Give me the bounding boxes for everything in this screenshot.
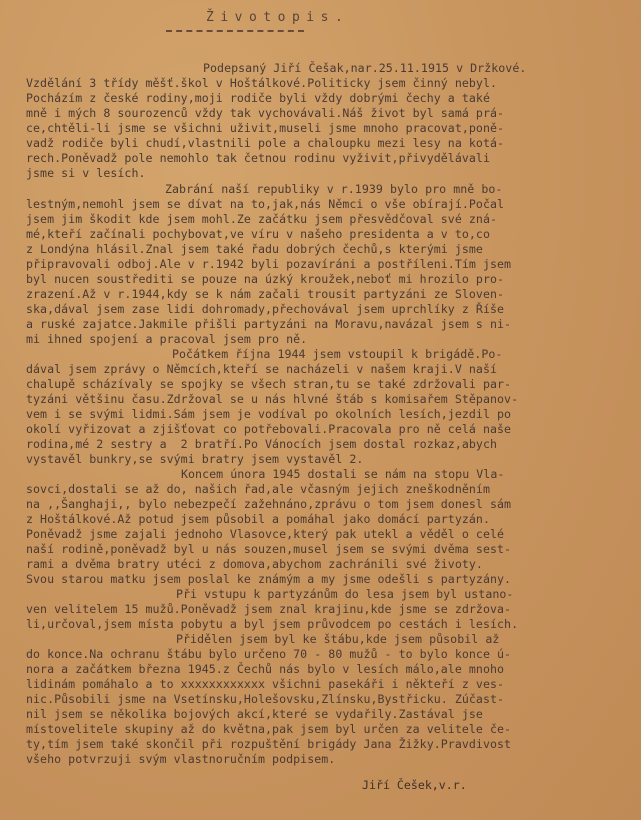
text-line: Poněvadž jsme zajali jednoho Vlasovce,kt… — [26, 527, 504, 541]
text-line: Podepsaný Jiří Češak,nar.25.11.1915 v Dr… — [203, 61, 526, 75]
text-line: rech.Poněvadž pole nemohlo tak četnou ro… — [26, 151, 490, 165]
text-line: rami a dvěma bratry utéci z domova,abych… — [26, 557, 483, 571]
text-line: zrazení.Až v r.1944,kdy se k nám začali … — [26, 287, 504, 301]
text-line: li,určoval,jsem místa pobytu a byl jsem … — [26, 617, 518, 631]
signature: Jiří Češek,v.r. — [362, 778, 467, 792]
text-line: ty,tím jsem také skončil při rozpuštění … — [26, 737, 511, 751]
text-line: ska,dával jsem zase lidi dohromady,přech… — [26, 302, 504, 316]
title-underline — [166, 30, 304, 32]
text-line: nic.Působili jsme na Vsetínsku,Holešovsk… — [26, 692, 504, 706]
text-line: ce,chtěli-li jsme se všichni uživit,muse… — [26, 121, 504, 135]
text-line: okolí vyřizovat a zjišťovat co potřebova… — [26, 422, 511, 436]
text-line: Počátkem října 1944 jsem vstoupil k brig… — [172, 347, 502, 361]
text-line: rodina,mé 2 sestry a 2 bratří.Po Vánocíc… — [26, 437, 497, 451]
text-line: tyzáni většinu času.Zdržoval se u nás hl… — [26, 392, 518, 406]
text-line: mi ihned spojení a pracoval jsem pro ně. — [26, 332, 307, 346]
text-line: chalupě scházívaly se spojky se všech st… — [26, 377, 511, 391]
text-line: jsem jim škodit kde jsem mohl.Ze začátku… — [26, 212, 497, 226]
text-line: Pocházím z české rodiny,moji rodiče byli… — [26, 91, 490, 105]
document-title: Životopis. — [206, 10, 349, 25]
text-line: mé,kteří začínali pochybovat,ve víru v n… — [26, 227, 490, 241]
text-line: sovci,dostali se až do, našich řad,ale v… — [26, 482, 490, 496]
text-line: a ruské zajatce.Jakmile přišli partyzáni… — [26, 317, 511, 331]
text-line: nora a začátkem března 1945.z Čechů nás … — [26, 662, 504, 676]
text-line: naší rodině,poněvadž byl u nás souzen,mu… — [26, 542, 511, 556]
text-line: místovelitele skupiny až do května,pak j… — [26, 722, 511, 736]
text-line: byl nucen soustřediti se pouze na úzký k… — [26, 272, 504, 286]
text-line: do konce.Na ochranu štábu bylo určeno 70… — [26, 647, 511, 661]
text-line: vystavěl bunkry,se svými bratry jsem vys… — [26, 452, 363, 466]
text-line: Svou starou matku jsem poslal ke známým … — [26, 572, 511, 586]
text-line: z Londýna hlásil.Znal jsem také řadu dob… — [26, 242, 483, 256]
text-line: z Hoštálkové.Až potud jsem působil a pom… — [26, 512, 490, 526]
text-line: lidinám pomáhalo a to xxxxxxxxxxxx všich… — [26, 677, 504, 691]
text-line: Vzdělání 3 třídy měšť.škol v Hoštálkové.… — [26, 76, 497, 90]
text-line: Při vstupu k partyzánům do lesa jsem byl… — [176, 587, 513, 601]
text-line: všeho potvrzuji svým vlastnoručním podpi… — [26, 752, 335, 766]
text-line: ven velitelem 15 mužů.Poněvadž jsem znal… — [26, 602, 511, 616]
text-line: Zabrání naší republiky v r.1939 bylo pro… — [165, 182, 502, 196]
text-line: Přidělen jsem byl ke štábu,kde jsem půso… — [176, 632, 499, 646]
text-line: vadž rodiče byli chudí,vlastnili pole a … — [26, 136, 504, 150]
text-line: na ,,Šanghaji,, bylo nebezpečí zažehnáno… — [26, 497, 511, 511]
text-line: lestným,nemohl jsem se dívat na to,jak,n… — [26, 197, 504, 211]
text-line: Koncem února 1945 dostali se nám na stop… — [181, 467, 504, 481]
text-line: nil jsem se několika bojových akcí,které… — [26, 707, 483, 721]
text-line: připravovali odboj.Ale v r.1942 byli poz… — [26, 257, 511, 271]
text-line: jsme si v lesích. — [26, 166, 146, 180]
text-line: vem i se svými lidmi.Sám jsem je vodíval… — [26, 407, 511, 421]
text-line: dával jsem zprávy o Němcích,kteří se nac… — [26, 362, 497, 376]
text-line: mně i mých 8 sourozenců vždy tak vychová… — [26, 106, 504, 120]
